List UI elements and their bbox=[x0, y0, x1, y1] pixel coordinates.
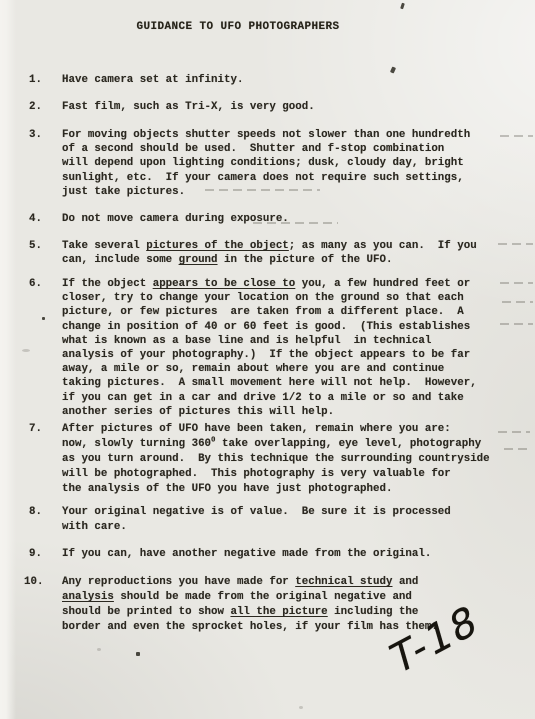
scan-speck bbox=[390, 66, 396, 73]
scan-artifact bbox=[500, 282, 533, 284]
scan-artifact bbox=[498, 431, 530, 433]
list-item-1: 1.Have camera set at infinity. bbox=[24, 73, 243, 87]
item-number: 1. bbox=[24, 73, 42, 87]
list-item-3: 3.For moving objects shutter speeds not … bbox=[24, 128, 470, 199]
item-text: Fast film, such as Tri-X, is very good. bbox=[62, 100, 315, 114]
list-item-6: 6.If the object appears to be close to y… bbox=[24, 277, 477, 419]
scan-speck bbox=[136, 652, 140, 656]
list-item-10: 10.Any reproductions you have made for t… bbox=[24, 575, 438, 635]
page-title: GUIDANCE TO UFO PHOTOGRAPHERS bbox=[0, 21, 476, 33]
item-text: Any reproductions you have made for tech… bbox=[62, 575, 438, 635]
list-item-4: 4.Do not move camera during exposure. bbox=[24, 212, 289, 226]
scan-speck bbox=[400, 3, 405, 10]
item-number: 9. bbox=[24, 547, 42, 562]
item-text: For moving objects shutter speeds not sl… bbox=[62, 128, 470, 199]
item-number: 10. bbox=[24, 575, 42, 590]
list-item-7: 7.After pictures of UFO have been taken,… bbox=[24, 422, 490, 497]
item-number: 6. bbox=[24, 277, 42, 291]
list-item-2: 2.Fast film, such as Tri-X, is very good… bbox=[24, 100, 315, 114]
scanned-document-page: GUIDANCE TO UFO PHOTOGRAPHERS 1.Have cam… bbox=[0, 0, 535, 719]
item-text: Take several pictures of the object; as … bbox=[62, 239, 477, 267]
item-text: Your original negative is of value. Be s… bbox=[62, 505, 451, 535]
list-item-9: 9.If you can, have another negative made… bbox=[24, 547, 431, 562]
list-item-5: 5.Take several pictures of the object; a… bbox=[24, 239, 477, 267]
scan-speck bbox=[97, 648, 101, 651]
item-number: 2. bbox=[24, 100, 42, 114]
scan-artifact bbox=[498, 243, 533, 245]
scan-artifact bbox=[502, 301, 533, 303]
item-text: Have camera set at infinity. bbox=[62, 73, 243, 87]
item-text: After pictures of UFO have been taken, r… bbox=[62, 422, 490, 497]
scan-artifact bbox=[500, 135, 533, 137]
item-number: 7. bbox=[24, 422, 42, 437]
item-number: 4. bbox=[24, 212, 42, 226]
item-text: If the object appears to be close to you… bbox=[62, 277, 477, 419]
item-text: If you can, have another negative made f… bbox=[62, 547, 431, 562]
item-number: 3. bbox=[24, 128, 42, 142]
list-item-8: 8.Your original negative is of value. Be… bbox=[24, 505, 451, 535]
scan-artifact bbox=[500, 323, 533, 325]
item-number: 8. bbox=[24, 505, 42, 520]
scan-speck bbox=[299, 706, 303, 709]
item-number: 5. bbox=[24, 239, 42, 253]
scan-artifact bbox=[504, 448, 532, 450]
item-text: Do not move camera during exposure. bbox=[62, 212, 289, 226]
